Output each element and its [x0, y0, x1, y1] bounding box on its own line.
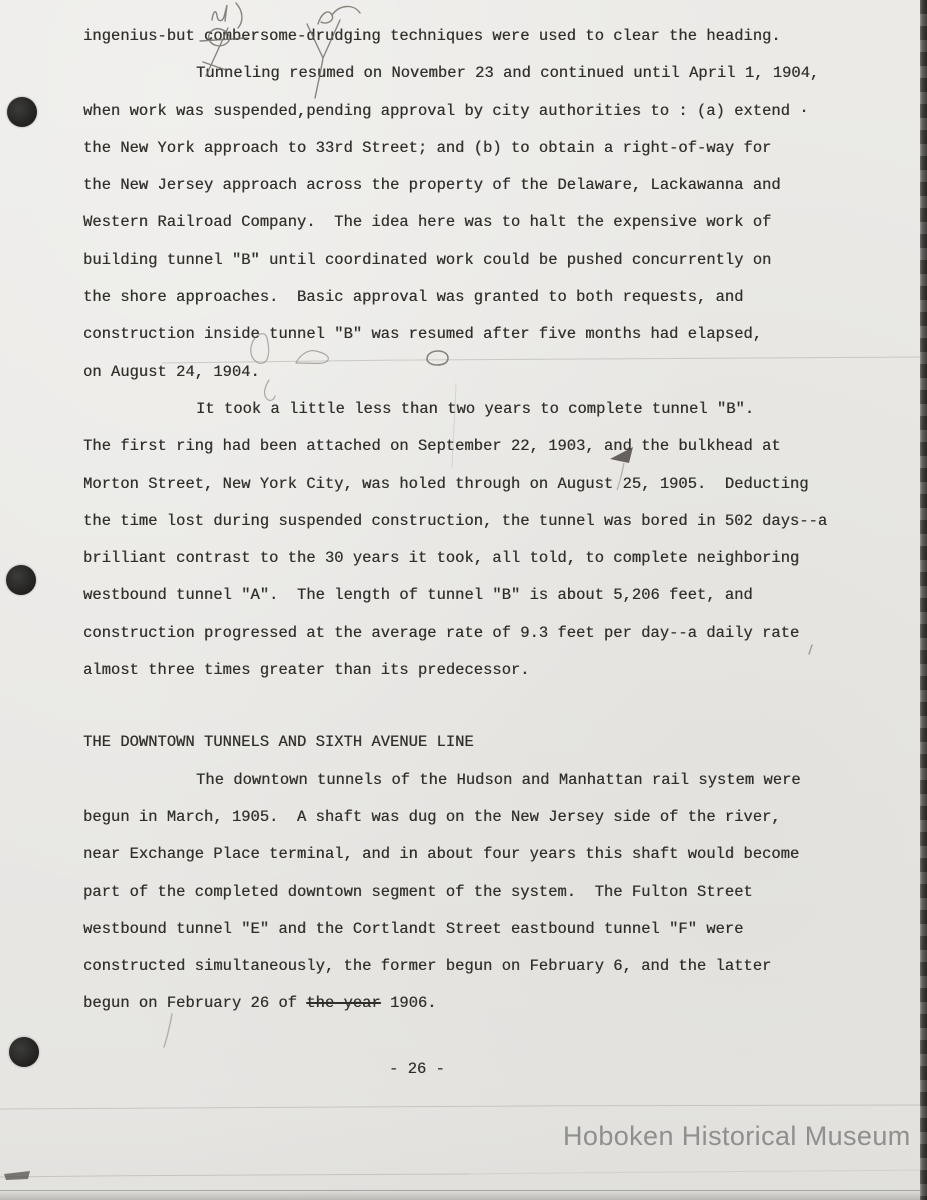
typed-line: construction progressed at the average r… [83, 615, 903, 652]
typed-line: the New Jersey approach across the prope… [83, 167, 903, 204]
scan-edge-right [920, 0, 927, 1200]
typed-text: begun on February 26 of [83, 994, 306, 1012]
typed-line: the shore approaches. Basic approval was… [83, 279, 903, 316]
scan-edge-bottom [0, 1190, 927, 1200]
typed-line: when work was suspended,pending approval… [83, 93, 903, 130]
typed-line: It took a little less than two years to … [83, 391, 903, 428]
typed-line: the time lost during suspended construct… [83, 503, 903, 540]
dark-smudge-bottom-left [4, 1171, 30, 1180]
struck-out-text: the year [306, 994, 380, 1012]
typed-line: on August 24, 1904. [83, 354, 903, 391]
typed-line: brilliant contrast to the 30 years it to… [83, 540, 903, 577]
typed-line: The first ring had been attached on Sept… [83, 428, 903, 465]
section-heading: THE DOWNTOWN TUNNELS AND SIXTH AVENUE LI… [83, 724, 903, 761]
page-number: - 26 - [389, 1051, 445, 1088]
hole-punch [6, 565, 36, 595]
typed-line: building tunnel "B" until coordinated wo… [83, 242, 903, 279]
hole-punch [7, 97, 37, 127]
typed-line: Tunneling resumed on November 23 and con… [83, 55, 903, 92]
museum-watermark: Hoboken Historical Museum [563, 1121, 911, 1152]
typed-line: part of the completed downtown segment o… [83, 874, 903, 911]
hole-punch [9, 1037, 39, 1067]
typed-line: Morton Street, New York City, was holed … [83, 466, 903, 503]
typed-line: almost three times greater than its pred… [83, 652, 903, 689]
typed-line: The downtown tunnels of the Hudson and M… [83, 762, 903, 799]
typed-line: westbound tunnel "A". The length of tunn… [83, 577, 903, 614]
typed-line: westbound tunnel "E" and the Cortlandt S… [83, 911, 903, 948]
typed-line: near Exchange Place terminal, and in abo… [83, 836, 903, 873]
typed-text-block: ingenius-but combersome-drudging techniq… [83, 18, 903, 1023]
typed-line: ingenius-but combersome-drudging techniq… [83, 18, 903, 55]
typed-line: the New York approach to 33rd Street; an… [83, 130, 903, 167]
scanned-document-page: ingenius-but combersome-drudging techniq… [0, 0, 927, 1200]
typed-line: construction inside tunnel "B" was resum… [83, 316, 903, 353]
typed-text: 1906. [381, 994, 437, 1012]
typed-line: begun in March, 1905. A shaft was dug on… [83, 799, 903, 836]
typed-line: Western Railroad Company. The idea here … [83, 204, 903, 241]
typed-line: constructed simultaneously, the former b… [83, 948, 903, 985]
typed-line-with-strikeout: begun on February 26 of the year 1906. [83, 985, 903, 1022]
